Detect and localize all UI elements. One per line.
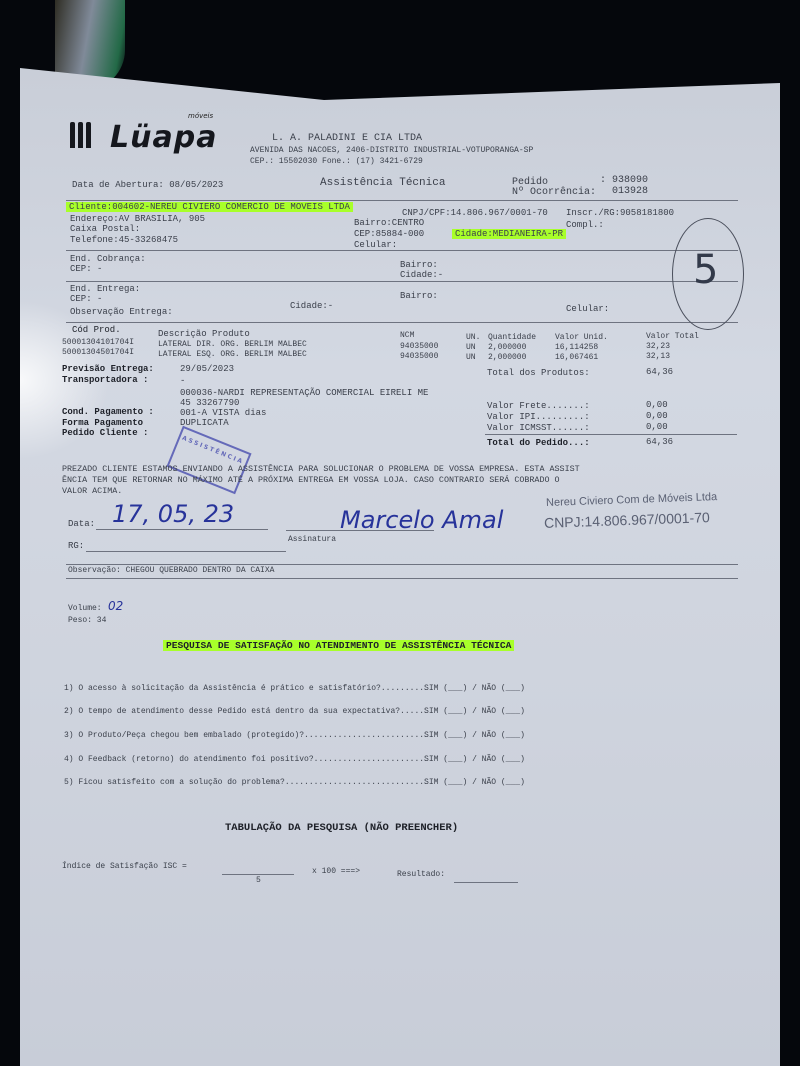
tabulation-title: TABULAÇÃO DA PESQUISA (NÃO PREENCHER) bbox=[225, 822, 458, 834]
pedido-cliente-label: Pedido Cliente : bbox=[62, 428, 148, 438]
company-name: L. A. PALADINI E CIA LTDA bbox=[272, 133, 422, 144]
date-field[interactable] bbox=[96, 529, 268, 530]
delivery-celular: Celular: bbox=[566, 304, 609, 314]
icmsst-value: 0,00 bbox=[646, 422, 668, 432]
total-produtos-value: 64,36 bbox=[646, 367, 673, 377]
client-city: Cidade:MEDIANEIRA-PR bbox=[452, 229, 566, 239]
brand-sub: móveis bbox=[188, 112, 213, 120]
rg-field[interactable] bbox=[86, 551, 286, 552]
company-cep-phone: CEP.: 15502030 Fone.: (17) 3421-6729 bbox=[250, 157, 423, 166]
client-celular: Celular: bbox=[354, 240, 397, 250]
client-inscr: Inscr./RG:9058181800 bbox=[566, 208, 674, 218]
divider bbox=[66, 281, 738, 282]
isc-numerator-field[interactable] bbox=[222, 874, 294, 875]
notice-line-1: PREZADO CLIENTE ESTAMOS ENVIANDO A ASSIS… bbox=[62, 464, 580, 474]
isc-label: Índice de Satisfação ISC = bbox=[62, 862, 187, 871]
total-produtos-label: Total dos Produtos: bbox=[487, 368, 590, 378]
isc-multiplier: x 100 ===> bbox=[312, 867, 360, 876]
client-caixa-postal: Caixa Postal: bbox=[70, 224, 140, 234]
logo-mark-icon bbox=[70, 122, 96, 148]
frete-label: Valor Frete.......: bbox=[487, 401, 590, 411]
opening-date: Data de Abertura: 08/05/2023 bbox=[72, 180, 223, 190]
ipi-label: Valor IPI.........: bbox=[487, 412, 590, 422]
frete-value: 0,00 bbox=[646, 400, 668, 410]
date-handwritten: 17, 05, 23 bbox=[112, 500, 234, 528]
forma-pagamento-label: Forma Pagamento bbox=[62, 418, 143, 428]
volume-value: 02 bbox=[108, 599, 123, 613]
survey-question-4: 4) O Feedback (retorno) do atendimento f… bbox=[64, 755, 525, 764]
client-cnpj: CNPJ/CPF:14.806.967/0001-70 bbox=[402, 208, 548, 218]
delivery-city: Cidade:- bbox=[290, 301, 333, 311]
col-quantidade: Quantidade bbox=[488, 333, 536, 342]
notice-line-2: ÊNCIA TEM QUE RETORNAR NO MÁXIMO ATÉ A P… bbox=[62, 475, 560, 485]
company-address: AVENIDA DAS NACOES, 2406-DISTRITO INDUST… bbox=[250, 146, 533, 155]
client-bairro: Bairro:CENTRO bbox=[354, 218, 424, 228]
transportadora-label: Transportadora : bbox=[62, 375, 148, 385]
client-phone: Telefone:45-33268475 bbox=[70, 235, 178, 245]
survey-title: PESQUISA DE SATISFAÇÃO NO ATENDIMENTO DE… bbox=[163, 640, 514, 651]
pedido-value: : 938090 bbox=[600, 175, 648, 186]
survey-question-3: 3) O Produto/Peça chegou bem embalado (p… bbox=[64, 731, 525, 740]
isc-denominator: 5 bbox=[256, 876, 261, 885]
handwritten-circle: 5 bbox=[672, 218, 744, 330]
date-label: Data: bbox=[68, 519, 95, 529]
client-address: Endereço:AV BRASILIA, 905 bbox=[70, 214, 205, 224]
client-cep: CEP:85884-000 bbox=[354, 229, 424, 239]
delivery-address: End. Entrega: bbox=[70, 284, 140, 294]
billing-address: End. Cobrança: bbox=[70, 254, 146, 264]
representante-value: 000036-NARDI REPRESENTAÇÃO COMERCIAL EIR… bbox=[180, 388, 428, 398]
survey-question-1: 1) O acesso à solicitação da Assistência… bbox=[64, 684, 525, 693]
divider bbox=[66, 578, 738, 579]
document-title: Assistência Técnica bbox=[320, 177, 445, 189]
divider bbox=[66, 200, 738, 201]
billing-bairro: Bairro: bbox=[400, 260, 438, 270]
billing-city: Cidade:- bbox=[400, 270, 443, 280]
brand-name: Lüapa bbox=[110, 120, 217, 155]
total-pedido-label: Total do Pedido...: bbox=[487, 438, 590, 448]
ipi-value: 0,00 bbox=[646, 411, 668, 421]
result-field[interactable] bbox=[454, 882, 518, 883]
delivery-bairro: Bairro: bbox=[400, 291, 438, 301]
divider bbox=[66, 250, 738, 251]
signature-handwritten: Marcelo Amal bbox=[340, 506, 503, 534]
cond-pagamento-value: 001-A VISTA dias bbox=[180, 408, 266, 418]
client-compl: Compl.: bbox=[566, 220, 604, 230]
previsao-label: Previsão Entrega: bbox=[62, 364, 154, 374]
col-cod: Cód Prod. bbox=[72, 325, 121, 335]
transportadora-value: - bbox=[180, 376, 185, 386]
totals-divider bbox=[485, 434, 737, 435]
col-valor-unid: Valor Unid. bbox=[555, 333, 608, 342]
ocorrencia-label: Nº Ocorrência: bbox=[512, 187, 596, 198]
divider bbox=[66, 564, 738, 565]
divider bbox=[66, 322, 738, 323]
ocorrencia-value: 013928 bbox=[612, 186, 648, 197]
cond-pagamento-label: Cond. Pagamento : bbox=[62, 407, 154, 417]
survey-question-5: 5) Ficou satisfeito com a solução do pro… bbox=[64, 778, 525, 787]
representante-phone: 45 33267790 bbox=[180, 398, 239, 408]
signature-label: Assinatura bbox=[288, 535, 336, 544]
col-descricao: Descrição Produto bbox=[158, 329, 250, 339]
observation: Observação: CHEGOU QUEBRADO DENTRO DA CA… bbox=[68, 566, 274, 575]
previsao-value: 29/05/2023 bbox=[180, 364, 234, 374]
col-ncm: NCM bbox=[400, 331, 414, 340]
total-pedido-value: 64,36 bbox=[646, 437, 673, 447]
col-valor-total: Valor Total bbox=[646, 332, 699, 341]
result-label: Resultado: bbox=[397, 870, 445, 879]
billing-cep: CEP: - bbox=[70, 264, 102, 274]
weight: Peso: 34 bbox=[68, 616, 106, 625]
icmsst-label: Valor ICMSST......: bbox=[487, 423, 590, 433]
col-un: UN. bbox=[466, 333, 480, 342]
delivery-observation: Observação Entrega: bbox=[70, 307, 173, 317]
rg-label: RG: bbox=[68, 541, 84, 551]
client-name: Cliente:004602-NEREU CIVIERO COMERCIO DE… bbox=[66, 202, 353, 212]
delivery-cep: CEP: - bbox=[70, 294, 102, 304]
volume-label: Volume: bbox=[68, 604, 102, 613]
notice-line-3: VALOR ACIMA. bbox=[62, 486, 122, 496]
survey-question-2: 2) O tempo de atendimento desse Pedido e… bbox=[64, 707, 525, 716]
